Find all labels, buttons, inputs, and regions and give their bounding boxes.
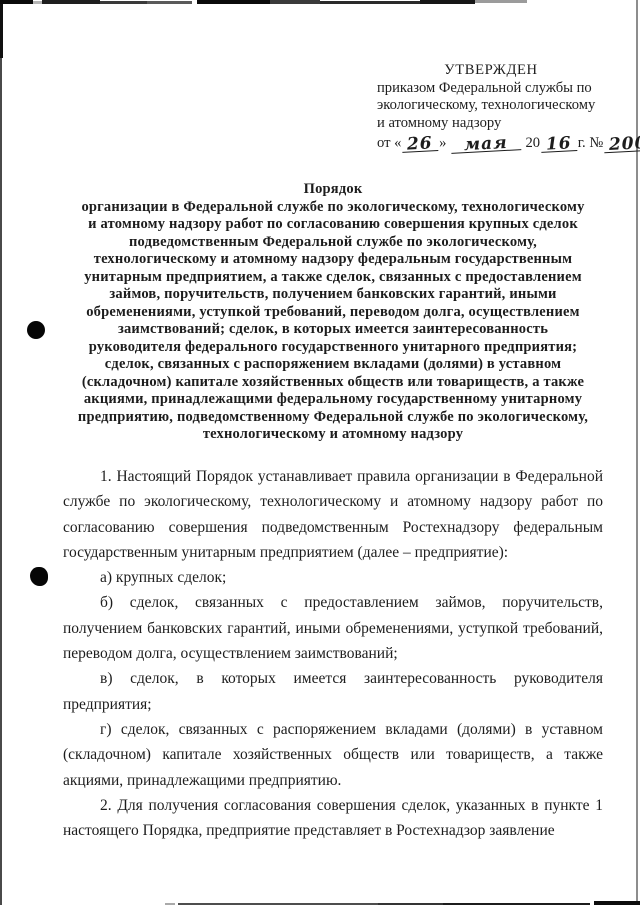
approval-stamp: УТВЕРЖДЕН [377,62,605,80]
scan-top-band-segment [320,1,420,4]
title-line: обременениями, уступкой требований, пере… [63,304,603,322]
title-line: займов, поручительств, получением банков… [63,286,603,304]
title-line: и атомному надзору работ по согласованию… [63,216,603,234]
subpoint-v: в) сделок, в которых имеется заинтересов… [63,666,603,717]
title-line: технологическому и атомному надзору феде… [63,251,603,269]
handwritten-number: 200 [604,137,640,154]
scan-top-band-segment [0,0,33,4]
date-prefix: от « [377,135,401,151]
scan-top-band-segment [33,1,42,4]
approval-line: экологическому, технологическому [377,97,605,115]
title-line: сделок, связанных с распоряжением вклада… [63,356,603,374]
document-body: 1. Настоящий Порядок устанавливает прави… [63,464,603,843]
scan-top-band-segment [475,0,527,3]
scan-top-band-segment [270,0,320,4]
scan-top-band-segment [197,0,270,4]
document-title: Порядок организации в Федеральной службе… [63,181,603,444]
paragraph-point-1: 1. Настоящий Порядок устанавливает прави… [63,464,603,565]
approval-line: приказом Федеральной службы по [377,80,605,98]
scan-left-edge-line [0,0,2,905]
approval-date-line: от «26» мая 2016г. №200 [377,135,605,153]
title-line: Порядок [63,181,603,199]
paragraph-point-2: 2. Для получения согласования совершения… [63,793,603,844]
scan-bottom-band-segment [594,901,640,905]
approval-block: УТВЕРЖДЕН приказом Федеральной службы по… [377,62,605,153]
date-year-suffix: г. № [578,135,604,151]
punch-hole-lower [30,567,48,586]
scan-top-band-segment [42,0,100,4]
title-line: предприятию, подведомственному Федеральн… [63,409,603,427]
scan-top-band-segment [420,0,475,4]
punch-hole-upper [27,321,45,339]
subpoint-b: б) сделок, связанных с предоставлением з… [63,590,603,666]
title-line: заимствований; сделок, в которых имеется… [63,321,603,339]
title-line: акциями, принадлежащими федеральному гос… [63,391,603,409]
date-year-printed: 20 [525,135,540,151]
scan-left-edge-dark-segment [0,0,3,58]
title-line: организации в Федеральной службе по экол… [63,199,603,217]
subpoint-g: г) сделок, связанных с распоряжением вкл… [63,717,603,793]
title-line: технологическому и атомному надзору [63,426,603,444]
approval-line: и атомному надзору [377,115,605,133]
date-close-quote: » [439,135,446,151]
title-line: руководителя федерального государственно… [63,339,603,357]
handwritten-day: 26 [402,137,438,153]
title-line: (складочном) капитале хозяйственных обще… [63,374,603,392]
handwritten-month: мая [451,136,521,154]
title-line: унитарным предприятием, а также сделок, … [63,269,603,287]
title-line: подведомственным Федеральной службе по э… [63,234,603,252]
subpoint-a: а) крупных сделок; [63,565,603,590]
scan-top-band-segment [100,1,147,4]
scan-top-band-segment [147,1,192,4]
handwritten-year: 16 [541,137,577,153]
scanned-document-page: УТВЕРЖДЕН приказом Федеральной службы по… [0,0,640,905]
